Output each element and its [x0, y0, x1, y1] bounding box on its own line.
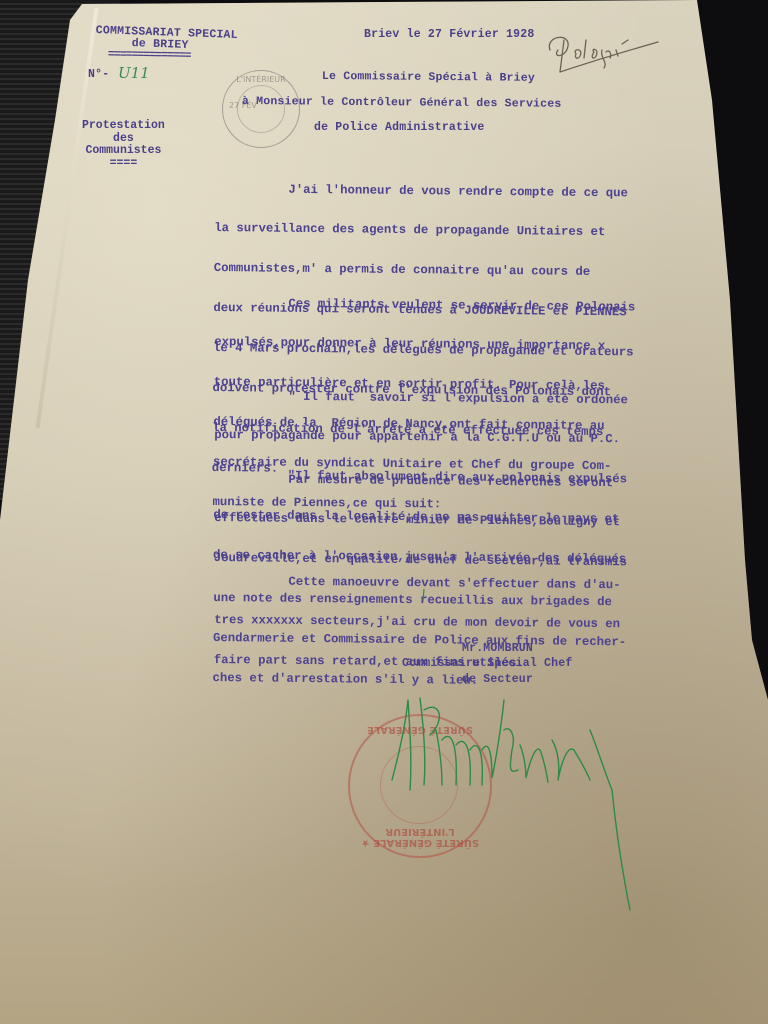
ink-mark [421, 589, 427, 601]
subject-margin-note: ProtestationdesCommunistes==== [82, 120, 165, 170]
office-underline: ============== [108, 48, 191, 62]
recipient-line2: de Police Administrative [314, 121, 484, 134]
handwritten-annotation [540, 28, 670, 78]
signatory-name: Mr.MOMBRUN [462, 642, 533, 655]
received-stamp: L'INTÉRIEUR 27 FÉV [222, 70, 300, 148]
recipient-line1: à Monsieur le Contrôleur Général des Ser… [242, 95, 562, 111]
number-label: N°- [88, 68, 109, 81]
document-page: COMMISSARIAT SPECIAL de BRIEY ==========… [0, 0, 768, 1024]
signatory-title: Commissaire Spécial Chef [402, 657, 572, 670]
handwritten-number: U11 [118, 64, 150, 82]
sender-line: Le Commissaire Spécial à Briey [322, 70, 535, 85]
paragraph-5: Cette manoeuvre devant s'effectuer dans … [213, 548, 620, 699]
place-date: Briev le 27 Février 1928 [364, 28, 534, 41]
handwritten-signature [380, 690, 640, 910]
signatory-sector: de Secteur [462, 673, 533, 686]
